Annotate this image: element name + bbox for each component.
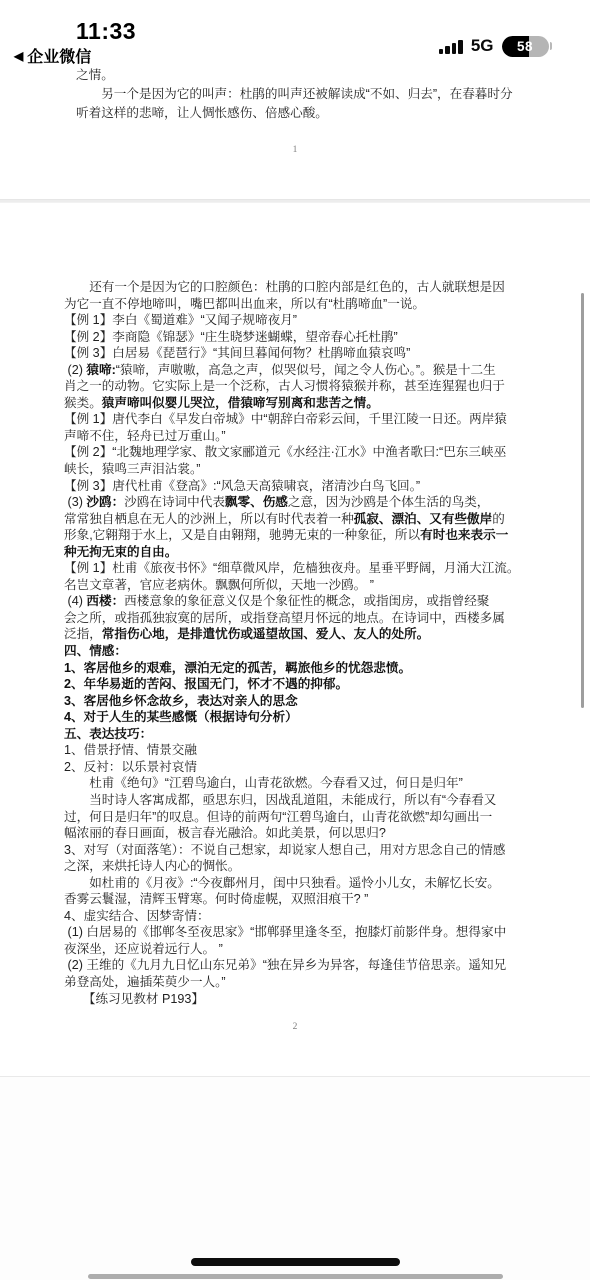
- text-line: 杜甫《绝句》“江碧鸟逾白，山青花欲燃。今春看又过，何日是归年”: [64, 775, 526, 792]
- home-indicator[interactable]: [191, 1258, 400, 1266]
- status-bar-time: 11:33: [76, 18, 136, 45]
- page-2-text: 还有一个是因为它的口腔颜色：杜鹃的口腔内部是红色的，古人就联想是因为它一直不停地…: [64, 279, 526, 1007]
- text-line: 种无拘无束的自由。: [64, 544, 526, 561]
- text-line: 声啼不住，轻舟已过万重山。”: [64, 428, 526, 445]
- text-line: 【例 3】白居易《琵琶行》“其间旦暮闻何物？杜鹃啼血猿哀鸣”: [64, 345, 526, 362]
- text-line: (1) 白居易的《邯郸冬至夜思家》“邯郸驿里逢冬至，抱膝灯前影伴身。想得家中: [64, 924, 526, 941]
- text-line: 五、表达技巧：: [64, 726, 526, 743]
- document-viewer[interactable]: 之情。 另一个是因为它的叫声：杜鹃的叫声还被解读成“不如、归去”，在春暮时分听着…: [0, 0, 590, 1280]
- text-line: 【例 2】李商隐《锦瑟》“庄生晓梦迷蝴蝶，望帝春心托杜鹃”: [64, 329, 526, 346]
- text-line: 名岂文章著，官应老病休。飘飘何所似，天地一沙鸥。 ”: [64, 577, 526, 594]
- text-line: 泛指，常指伤心地，是排遣忧伤或遥望故国、爱人、友人的处所。: [64, 626, 526, 643]
- text-line: 【例 2】“北魏地理学家、散文家郦道元《水经注·江水》中渔者歌曰:“巴东三峡巫: [64, 444, 526, 461]
- text-line: (3) 沙鸥：沙鸥在诗词中代表飘零、伤感之意，因为沙鸥是个体生活的鸟类，: [64, 494, 526, 511]
- text-line: 过，何日是归年”的叹息。但诗的前两句“江碧鸟逾白，山青花欲燃”却勾画出一: [64, 809, 526, 826]
- back-arrow-icon: ◀: [14, 48, 23, 64]
- text-line: 当时诗人客寓成都，亟思东归，因战乱道阻，未能成行，所以有“今春看又: [64, 792, 526, 809]
- horizontal-scrollbar[interactable]: [88, 1274, 503, 1279]
- text-line: 听着这样的悲啼，让人惆怅感伤、倍感心酸。: [76, 104, 536, 123]
- text-line: 【例 1】杜甫《旅夜书怀》“细草微风岸，危樯独夜舟。星垂平野阔，月涌大江流。: [64, 560, 526, 577]
- text-line: (2) 猿啼:“猿啼，声嗷嗷，高急之声，似哭似号，闻之令人伤心。”。猴是十二生: [64, 362, 526, 379]
- text-line: 另一个是因为它的叫声：杜鹃的叫声还被解读成“不如、归去”，在春暮时分: [76, 85, 536, 104]
- text-line: 2、反衬：以乐景衬哀情: [64, 759, 526, 776]
- text-line: 之情。: [76, 66, 536, 85]
- back-app-label: 企业微信: [27, 44, 91, 67]
- back-to-app-button[interactable]: ◀ 企业微信: [14, 44, 91, 67]
- battery-nub: [550, 42, 553, 50]
- text-line: 4、对于人生的某些感慨（根据诗句分析）: [64, 709, 526, 726]
- text-line: 如杜甫的《月夜》:“今夜鄜州月，闺中只独看。遥怜小儿女，未解忆长安。: [64, 875, 526, 892]
- page-1-text: 之情。 另一个是因为它的叫声：杜鹃的叫声还被解读成“不如、归去”，在春暮时分听着…: [76, 66, 536, 123]
- text-line: 常常独自栖息在无人的沙洲上，所以有时代表着一种孤寂、漂泊、又有些傲岸的: [64, 511, 526, 528]
- text-line: 【例 1】李白《蜀道难》“又闻子规啼夜月”: [64, 312, 526, 329]
- page-1-number: 1: [0, 145, 590, 155]
- text-line: 猴类。猿声啼叫似婴儿哭泣，借猿啼写别离和悲苦之情。: [64, 395, 526, 412]
- text-line: (2) 王维的《九月九日忆山东兄弟》“独在异乡为异客，每逢佳节倍思亲。遥知兄: [64, 957, 526, 974]
- cellular-signal-icon: [439, 39, 463, 54]
- text-line: 夜深坐，还应说着远行人。 ”: [64, 941, 526, 958]
- text-line: 1、借景抒情、情景交融: [64, 742, 526, 759]
- page-2-number: 2: [0, 1022, 590, 1032]
- text-line: 2、年华易逝的苦闷、报国无门，怀才不遇的抑郁。: [64, 676, 526, 693]
- battery-icon: 58: [502, 36, 549, 57]
- text-line: 幅浓丽的春日画面，极言春光融洽。如此美景，何以思归?: [64, 825, 526, 842]
- text-line: 3、客居他乡怀念故乡，表达对亲人的思念: [64, 693, 526, 710]
- text-line: 【练习见教材 P193】: [64, 991, 526, 1008]
- vertical-scrollbar[interactable]: [581, 293, 585, 708]
- text-line: 3、对写（对面落笔）：不说自己想家，却说家人想自己，用对方思念自己的情感: [64, 842, 526, 859]
- status-bar-right: 5G 58: [439, 34, 552, 58]
- text-line: 4、虚实结合、因梦寄情：: [64, 908, 526, 925]
- text-line: 形象,它翱翔于水上，又是自由翱翔，驰骋无束的一种象征，所以有时也来表示一: [64, 527, 526, 544]
- text-line: 还有一个是因为它的口腔颜色：杜鹃的口腔内部是红色的，古人就联想是因: [64, 279, 526, 296]
- text-line: 【例 3】唐代杜甫《登高》:“风急天高猿啸哀，渚清沙白鸟飞回。”: [64, 478, 526, 495]
- text-line: 之深，来烘托诗人内心的惆怅。: [64, 858, 526, 875]
- text-line: (4) 西楼：西楼意象的象征意义仅是个象征性的概念，或指闺房，或指曾经聚: [64, 593, 526, 610]
- viewer-background: [0, 1077, 590, 1280]
- text-line: 四、情感：: [64, 643, 526, 660]
- text-line: 会之所，或指孤独寂寞的居所，或指登高望月怀远的地点。在诗词中，西楼多属: [64, 610, 526, 627]
- network-type-label: 5G: [471, 36, 494, 56]
- text-line: 为它一直不停地啼叫，嘴巴都叫出血来，所以有“杜鹃啼血”一说。: [64, 296, 526, 313]
- text-line: 1、客居他乡的艰难，漂泊无定的孤苦，羁旅他乡的忧怨悲愤。: [64, 660, 526, 677]
- text-line: 弟登高处，遍插茱萸少一人。”: [64, 974, 526, 991]
- text-line: 【例 1】唐代李白《早发白帝城》中“朝辞白帝彩云间，千里江陵一日还。两岸猿: [64, 411, 526, 428]
- battery-percent-label: 58: [502, 36, 549, 57]
- text-line: 峡长，猿鸣三声泪沾裳。”: [64, 461, 526, 478]
- text-line: 肖之一的动物。它实际上是一个泛称，古人习惯将猿猴并称，甚至连猩猩也归于: [64, 378, 526, 395]
- text-line: 香雾云鬟湿，清辉玉臂寒。何时倚虚幌，双照泪痕干? ”: [64, 891, 526, 908]
